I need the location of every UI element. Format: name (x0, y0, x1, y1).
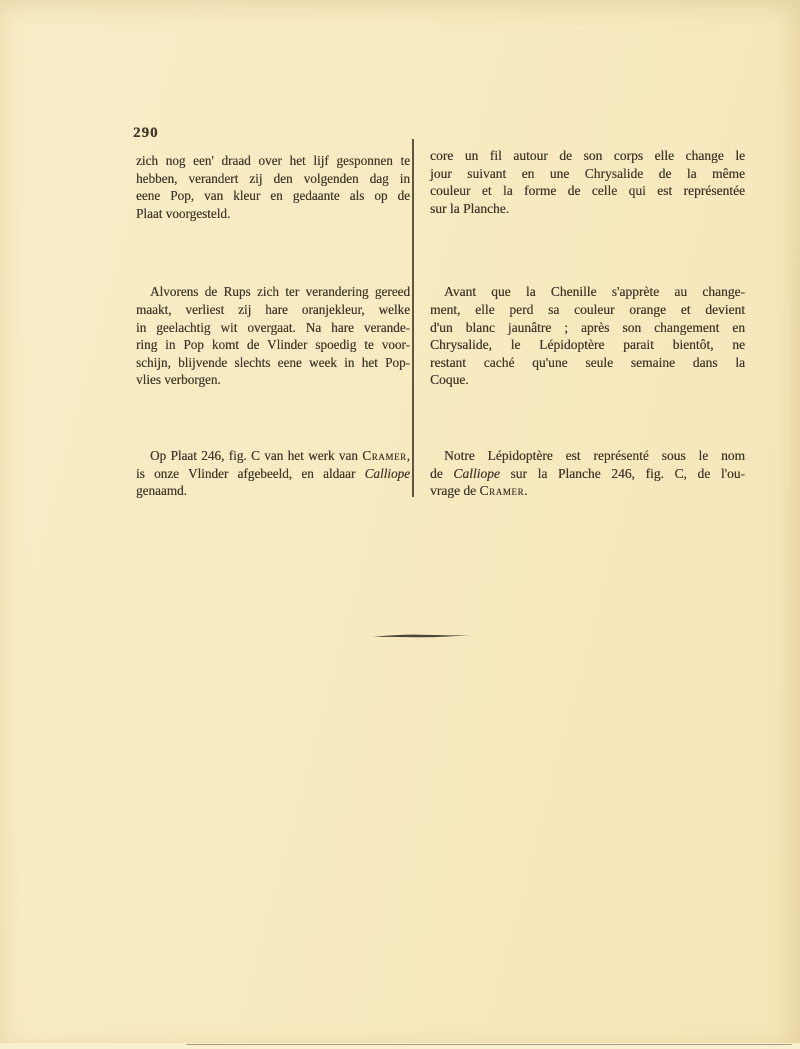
italic-term: Calliope (365, 466, 410, 481)
paragraph: zich nog een' draad over het lijf gespon… (136, 152, 410, 222)
left-column-dutch-text: zich nog een' draad over het lijf gespon… (136, 152, 410, 500)
text-line: schijn, blijvende slechts eene week in h… (136, 354, 410, 372)
text-line: genaamd. (136, 482, 410, 500)
text-line: jour suivant en une Chrysalide de la mêm… (430, 165, 745, 183)
page-edge-line (186, 1044, 792, 1046)
text-line: vlies verborgen. (136, 371, 410, 389)
paragraph: core un fil autour de son corps elle cha… (430, 147, 745, 217)
text-line: core un fil autour de son corps elle cha… (430, 147, 745, 165)
text-line: restant caché qu'une seule semaine dans … (430, 354, 745, 372)
text-line: zich nog een' draad over het lijf gespon… (136, 152, 410, 170)
text-line: vrage de Cramer. (430, 482, 745, 500)
paragraph: Op Plaat 246, fig. C van het werk van Cr… (136, 447, 410, 500)
right-column-french-text: core un fil autour de son corps elle cha… (430, 147, 745, 500)
small-caps-name: Cramer (362, 448, 406, 463)
text-line: is onze Vlinder afgebeeld, en aldaar Cal… (136, 465, 410, 483)
column-divider-rule (412, 139, 414, 497)
page-number: 290 (133, 125, 159, 142)
text-line: sur la Planche. (430, 200, 745, 218)
text-line: Plaat voorgesteld. (136, 205, 410, 223)
italic-term: Calliope (453, 466, 500, 481)
scanned-book-page: 290 zich nog een' draad over het lijf ge… (0, 0, 800, 1049)
text-line: in geelachtig wit overgaat. Na hare vera… (136, 319, 410, 337)
small-caps-name: Cramer (479, 483, 524, 498)
text-line: couleur et la forme de celle qui est rep… (430, 182, 745, 200)
text-line: maakt, verliest zij hare oranjekleur, we… (136, 301, 410, 319)
text-line: hebben, verandert zij den volgenden dag … (136, 170, 410, 188)
text-line: ment, elle perd sa couleur orange et dev… (430, 301, 745, 319)
text-line: de Calliope sur la Planche 246, fig. C, … (430, 465, 745, 483)
text-line: Notre Lépidoptère est représenté sous le… (430, 447, 745, 465)
text-line: ring in Pop komt de Vlinder spoedig te v… (136, 336, 410, 354)
text-line: eene Pop, van kleur en gedaante als op d… (136, 187, 410, 205)
text-line: Coque. (430, 371, 745, 389)
text-line: Op Plaat 246, fig. C van het werk van Cr… (136, 447, 410, 465)
text-line: Chrysalide, le Lépidoptère parait bientô… (430, 336, 745, 354)
text-line: Avant que la Chenille s'apprète au chang… (430, 283, 745, 301)
paragraph: Alvorens de Rups zich ter verandering ge… (136, 283, 410, 389)
swelled-rule-divider-ornament (371, 632, 471, 641)
text-line: d'un blanc jaunâtre ; après son changeme… (430, 319, 745, 337)
paragraph: Notre Lépidoptère est représenté sous le… (430, 447, 745, 500)
paragraph: Avant que la Chenille s'apprète au chang… (430, 283, 745, 389)
text-line: Alvorens de Rups zich ter verandering ge… (136, 283, 410, 301)
